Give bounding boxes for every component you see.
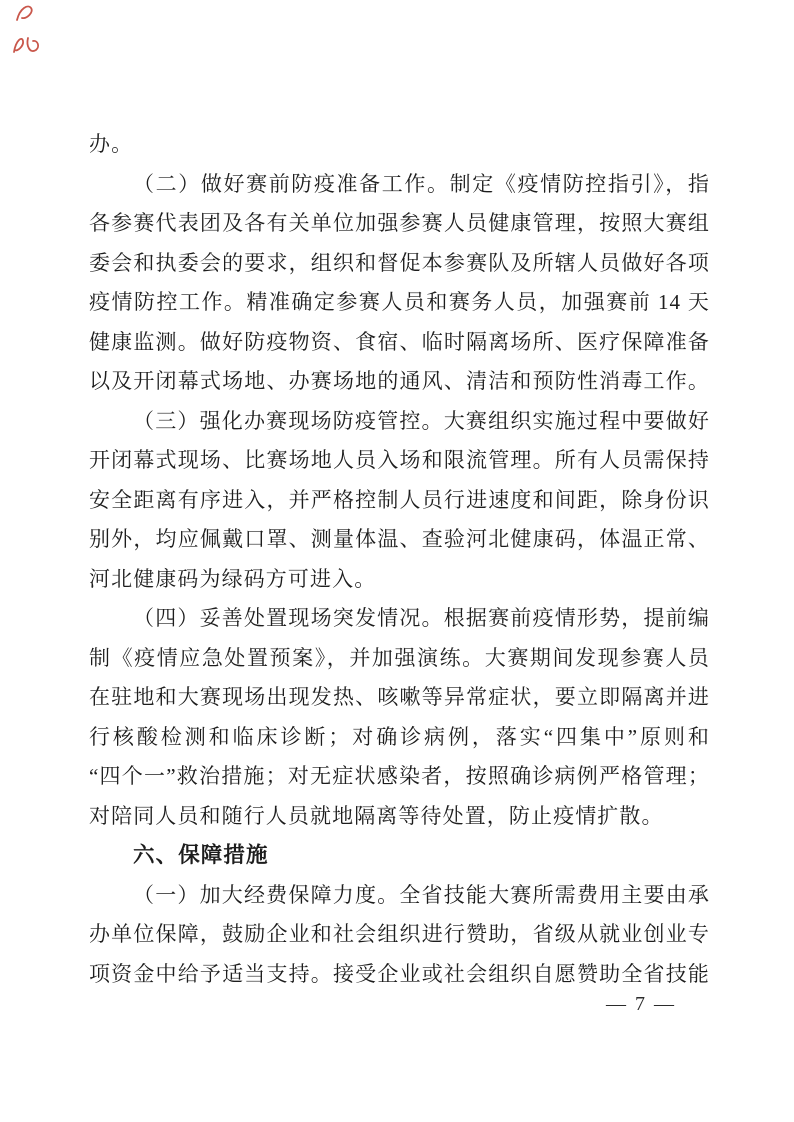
body-line: 委会和执委会的要求，组织和督促本参赛队及所辖人员做好各项 xyxy=(89,244,710,284)
body-line: 安全距离有序进入，并严格控制人员行进速度和间距，除身份识 xyxy=(89,481,710,521)
body-line: 对陪同人员和随行人员就地隔离等待处置，防止疫情扩散。 xyxy=(89,797,710,837)
red-annotation-mark xyxy=(13,2,43,26)
document-page: 办。 （二）做好赛前防疫准备工作。制定《疫情防控指引》，指导 各参赛代表团及各有… xyxy=(0,0,794,1122)
paragraph-continuation: 办。 xyxy=(89,125,710,165)
body-line: 项资金中给予适当支持。接受企业或社会组织自愿赞助全省技能 xyxy=(89,955,710,995)
body-line: （四）妥善处置现场突发情况。根据赛前疫情形势，提前编 xyxy=(89,599,710,639)
document-body: 办。 （二）做好赛前防疫准备工作。制定《疫情防控指引》，指导 各参赛代表团及各有… xyxy=(89,125,710,994)
body-line: （一）加大经费保障力度。全省技能大赛所需费用主要由承 xyxy=(89,876,710,916)
body-line: 疫情防控工作。精准确定参赛人员和赛务人员，加强赛前 14 天 xyxy=(89,283,710,323)
body-line: （三）强化办赛现场防疫管控。大赛组织实施过程中要做好 xyxy=(89,402,710,442)
paragraph-emergency-handling: （四）妥善处置现场突发情况。根据赛前疫情形势，提前编 制《疫情应急处置预案》，并… xyxy=(89,599,710,836)
body-line: 以及开闭幕式场地、办赛场地的通风、清洁和预防性消毒工作。 xyxy=(89,362,710,402)
body-line: “四个一”救治措施；对无症状感染者，按照确诊病例严格管理； xyxy=(89,757,710,797)
body-line: 办。 xyxy=(89,125,710,165)
body-line: 健康监测。做好防疫物资、食宿、临时隔离场所、医疗保障准备 xyxy=(89,323,710,363)
body-line: 行核酸检测和临床诊断；对确诊病例，落实“四集中”原则和 xyxy=(89,718,710,758)
body-line: （二）做好赛前防疫准备工作。制定《疫情防控指引》，指导 xyxy=(89,165,710,205)
page-number: — 7 — xyxy=(594,993,688,1015)
paragraph-funding-support: （一）加大经费保障力度。全省技能大赛所需费用主要由承 办单位保障，鼓励企业和社会… xyxy=(89,876,710,995)
body-line: 别外，均应佩戴口罩、测量体温、查验河北健康码，体温正常、 xyxy=(89,520,710,560)
body-line: 各参赛代表团及各有关单位加强参赛人员健康管理，按照大赛组 xyxy=(89,204,710,244)
paragraph-prep-work: （二）做好赛前防疫准备工作。制定《疫情防控指引》，指导 各参赛代表团及各有关单位… xyxy=(89,165,710,402)
body-line: 在驻地和大赛现场出现发热、咳嗽等异常症状，要立即隔离并进 xyxy=(89,678,710,718)
body-line: 河北健康码为绿码方可进入。 xyxy=(89,560,710,600)
section-heading-support-measures: 六、保障措施 xyxy=(89,836,710,876)
section-heading: 六、保障措施 xyxy=(89,836,710,876)
body-line: 开闭幕式现场、比赛场地人员入场和限流管理。所有人员需保持 xyxy=(89,441,710,481)
red-annotation-mark xyxy=(10,32,44,60)
body-line: 办单位保障，鼓励企业和社会组织进行赞助，省级从就业创业专 xyxy=(89,915,710,955)
paragraph-onsite-control: （三）强化办赛现场防疫管控。大赛组织实施过程中要做好 开闭幕式现场、比赛场地人员… xyxy=(89,402,710,600)
body-line: 制《疫情应急处置预案》，并加强演练。大赛期间发现参赛人员 xyxy=(89,639,710,679)
